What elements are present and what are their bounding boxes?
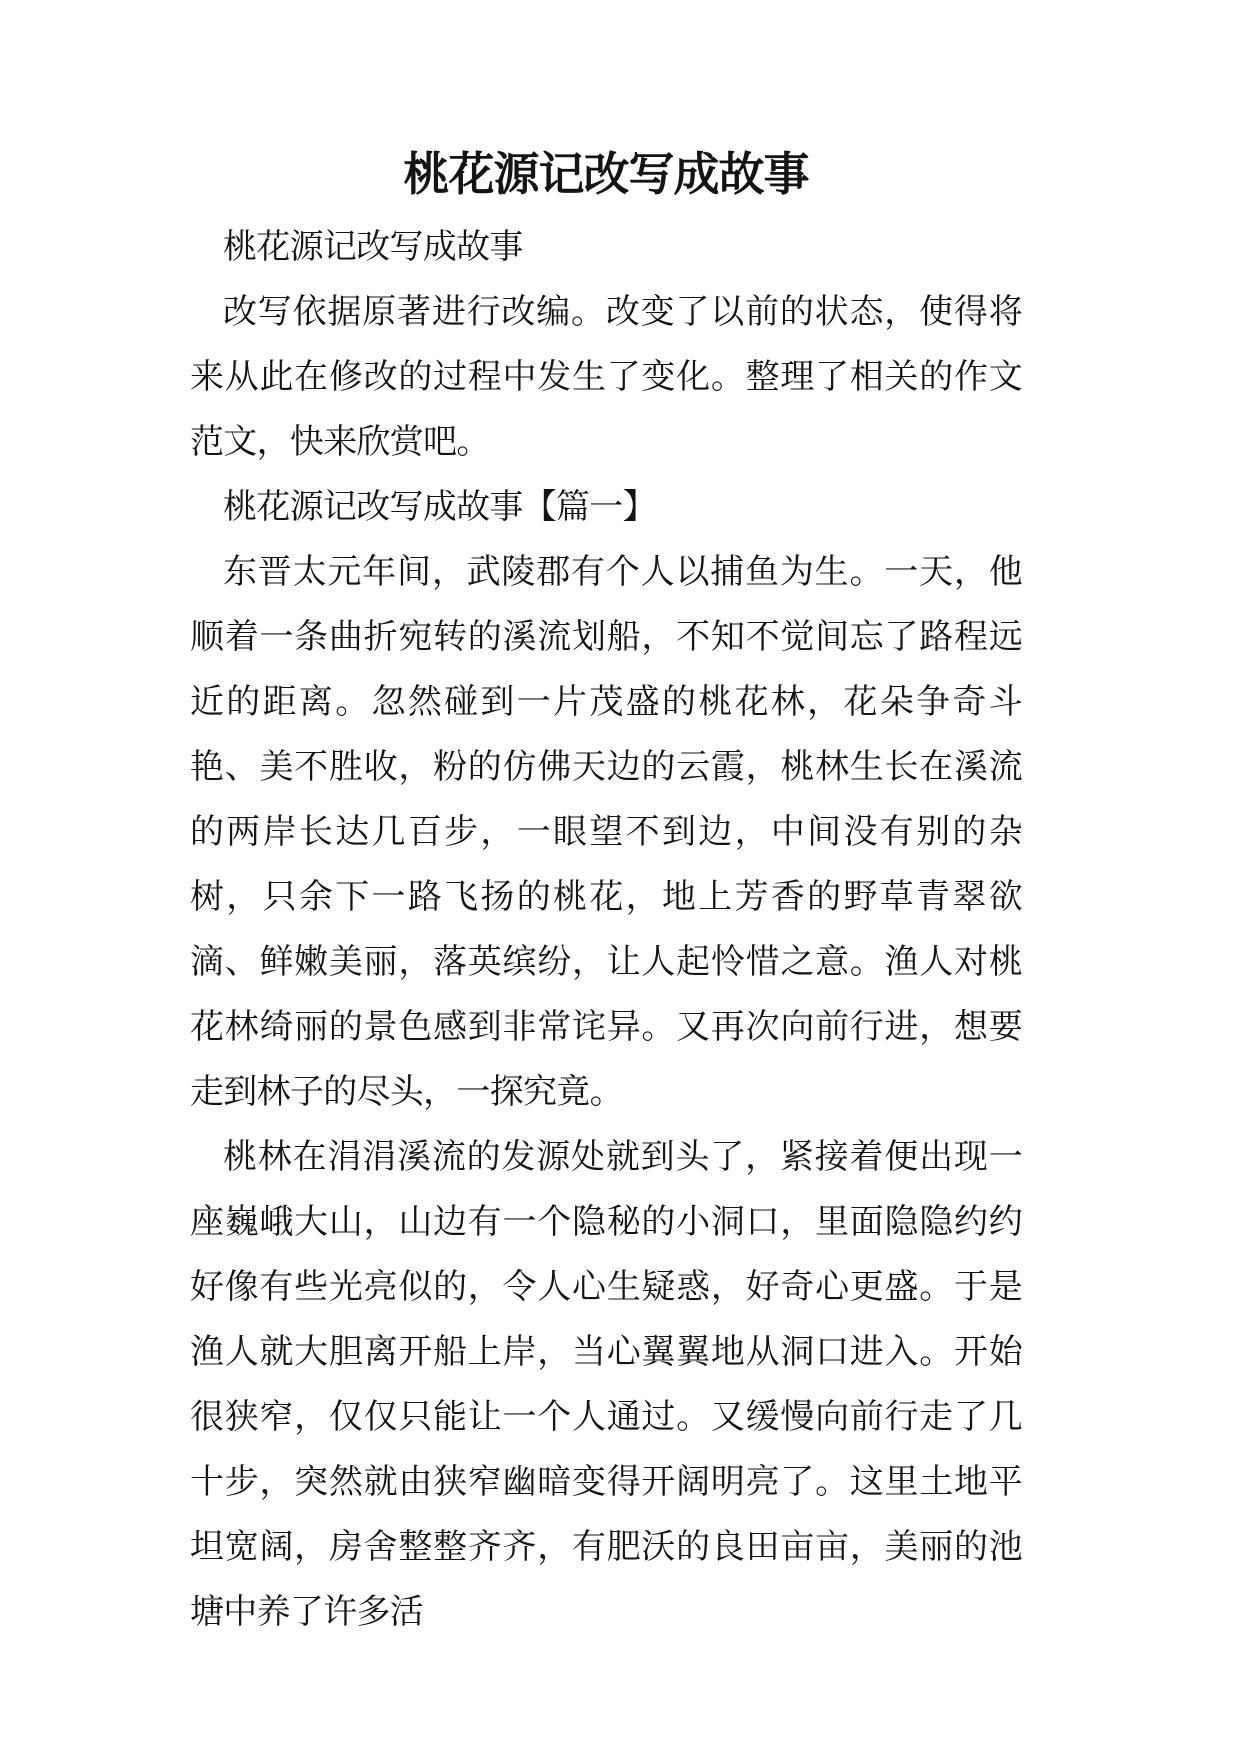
- paragraph: 东晋太元年间，武陵郡有个人以捕鱼为生。一天，他顺着一条曲折宛转的溪流划船，不知不…: [190, 540, 1022, 1125]
- paragraph: 改写依据原著进行改编。改变了以前的状态，使得将来从此在修改的过程中发生了变化。整…: [190, 280, 1022, 475]
- paragraph: 桃花源记改写成故事【篇一】: [190, 475, 1022, 540]
- document-content: 桃花源记改写成故事 桃花源记改写成故事改写依据原著进行改编。改变了以前的状态，使…: [190, 135, 1022, 1645]
- document-body: 桃花源记改写成故事改写依据原著进行改编。改变了以前的状态，使得将来从此在修改的过…: [190, 215, 1022, 1645]
- document-title: 桃花源记改写成故事: [190, 135, 1022, 215]
- paragraph: 桃林在涓涓溪流的发源处就到头了，紧接着便出现一座巍峨大山，山边有一个隐秘的小洞口…: [190, 1125, 1022, 1645]
- document-page: 桃花源记改写成故事 桃花源记改写成故事改写依据原著进行改编。改变了以前的状态，使…: [0, 0, 1240, 1753]
- paragraph: 桃花源记改写成故事: [190, 215, 1022, 280]
